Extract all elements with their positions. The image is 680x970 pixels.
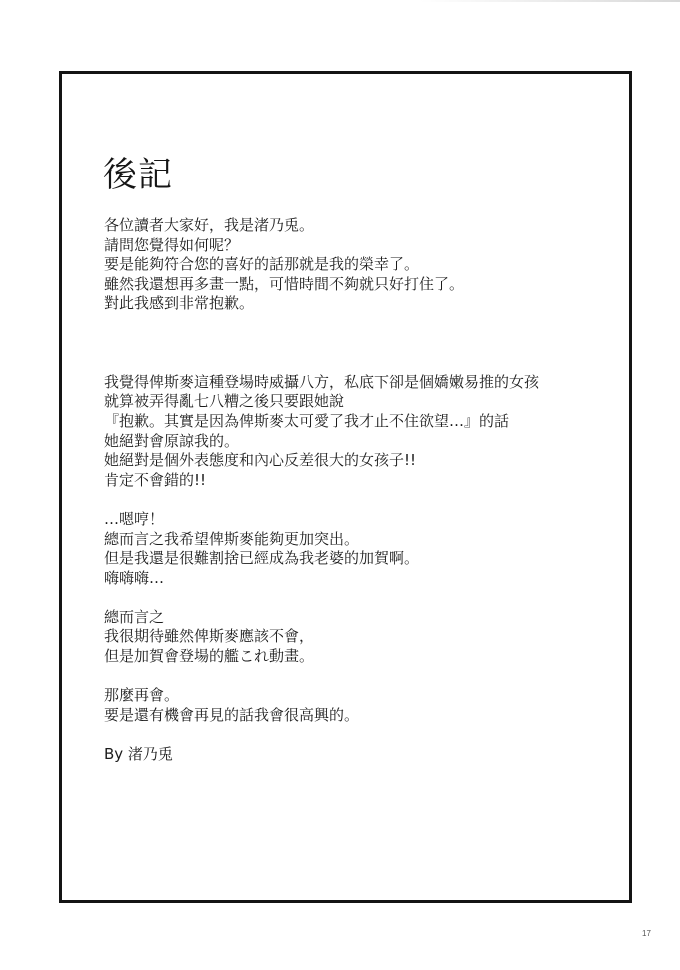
text-line: 我覺得俾斯麥這種登場時威攝八方，私底下卻是個嬌嫩易推的女孩 xyxy=(104,373,604,393)
text-line: 就算被弄得亂七八糟之後只要跟她說 xyxy=(104,392,604,412)
text-line: 各位讀者大家好，我是渚乃兎。 xyxy=(104,216,604,236)
page-number: 17 xyxy=(642,929,651,938)
text-line: 總而言之 xyxy=(104,608,604,628)
text-line: 但是我還是很難割捨已經成為我老婆的加賀啊。 xyxy=(104,549,604,569)
paragraph-greeting: 各位讀者大家好，我是渚乃兎。 請問您覺得如何呢？ 要是能夠符合您的喜好的話那就是… xyxy=(104,216,604,314)
text-line: 請問您覺得如何呢？ xyxy=(104,236,604,256)
text-line: 要是能夠符合您的喜好的話那就是我的榮幸了。 xyxy=(104,255,604,275)
text-line: 雖然我還想再多畫一點，可惜時間不夠就只好打住了。 xyxy=(104,275,604,295)
paragraph-kaga: …嗯哼！ 總而言之我希望俾斯麥能夠更加突出。 但是我還是很難割捨已經成為我老婆的… xyxy=(104,510,604,588)
text-line: 肯定不會錯的!! xyxy=(104,471,604,491)
text-line: 對此我感到非常抱歉。 xyxy=(104,294,604,314)
text-line: 總而言之我希望俾斯麥能夠更加突出。 xyxy=(104,530,604,550)
paragraph-farewell: 那麼再會。 要是還有機會再見的話我會很高興的。 xyxy=(104,686,604,725)
blank-line xyxy=(104,334,604,354)
scan-edge-shadow xyxy=(420,0,680,2)
text-line: …嗯哼！ xyxy=(104,510,604,530)
page-title: 後記 xyxy=(103,155,173,195)
text-line: 她絕對會原諒我的。 xyxy=(104,432,604,452)
paragraph-anime: 總而言之 我很期待雖然俾斯麥應該不會， 但是加賀會登場的艦これ動畫。 xyxy=(104,608,604,667)
text-line: 『抱歉。其實是因為俾斯麥太可愛了我才止不住欲望…』的話 xyxy=(104,412,604,432)
afterword-body: 各位讀者大家好，我是渚乃兎。 請問您覺得如何呢？ 要是能夠符合您的喜好的話那就是… xyxy=(104,216,604,765)
text-line: 但是加賀會登場的艦これ動畫。 xyxy=(104,647,604,667)
text-line: 要是還有機會再見的話我會很高興的。 xyxy=(104,706,604,726)
text-line: 嗨嗨嗨… xyxy=(104,569,604,589)
paragraph-spacer xyxy=(104,334,604,354)
text-line: 那麼再會。 xyxy=(104,686,604,706)
author-signature: By 渚乃兎 xyxy=(104,745,604,765)
paragraph-bismarck: 我覺得俾斯麥這種登場時威攝八方，私底下卻是個嬌嫩易推的女孩 就算被弄得亂七八糟之… xyxy=(104,373,604,491)
text-line: 她絕對是個外表態度和內心反差很大的女孩子!! xyxy=(104,451,604,471)
text-line: 我很期待雖然俾斯麥應該不會， xyxy=(104,627,604,647)
